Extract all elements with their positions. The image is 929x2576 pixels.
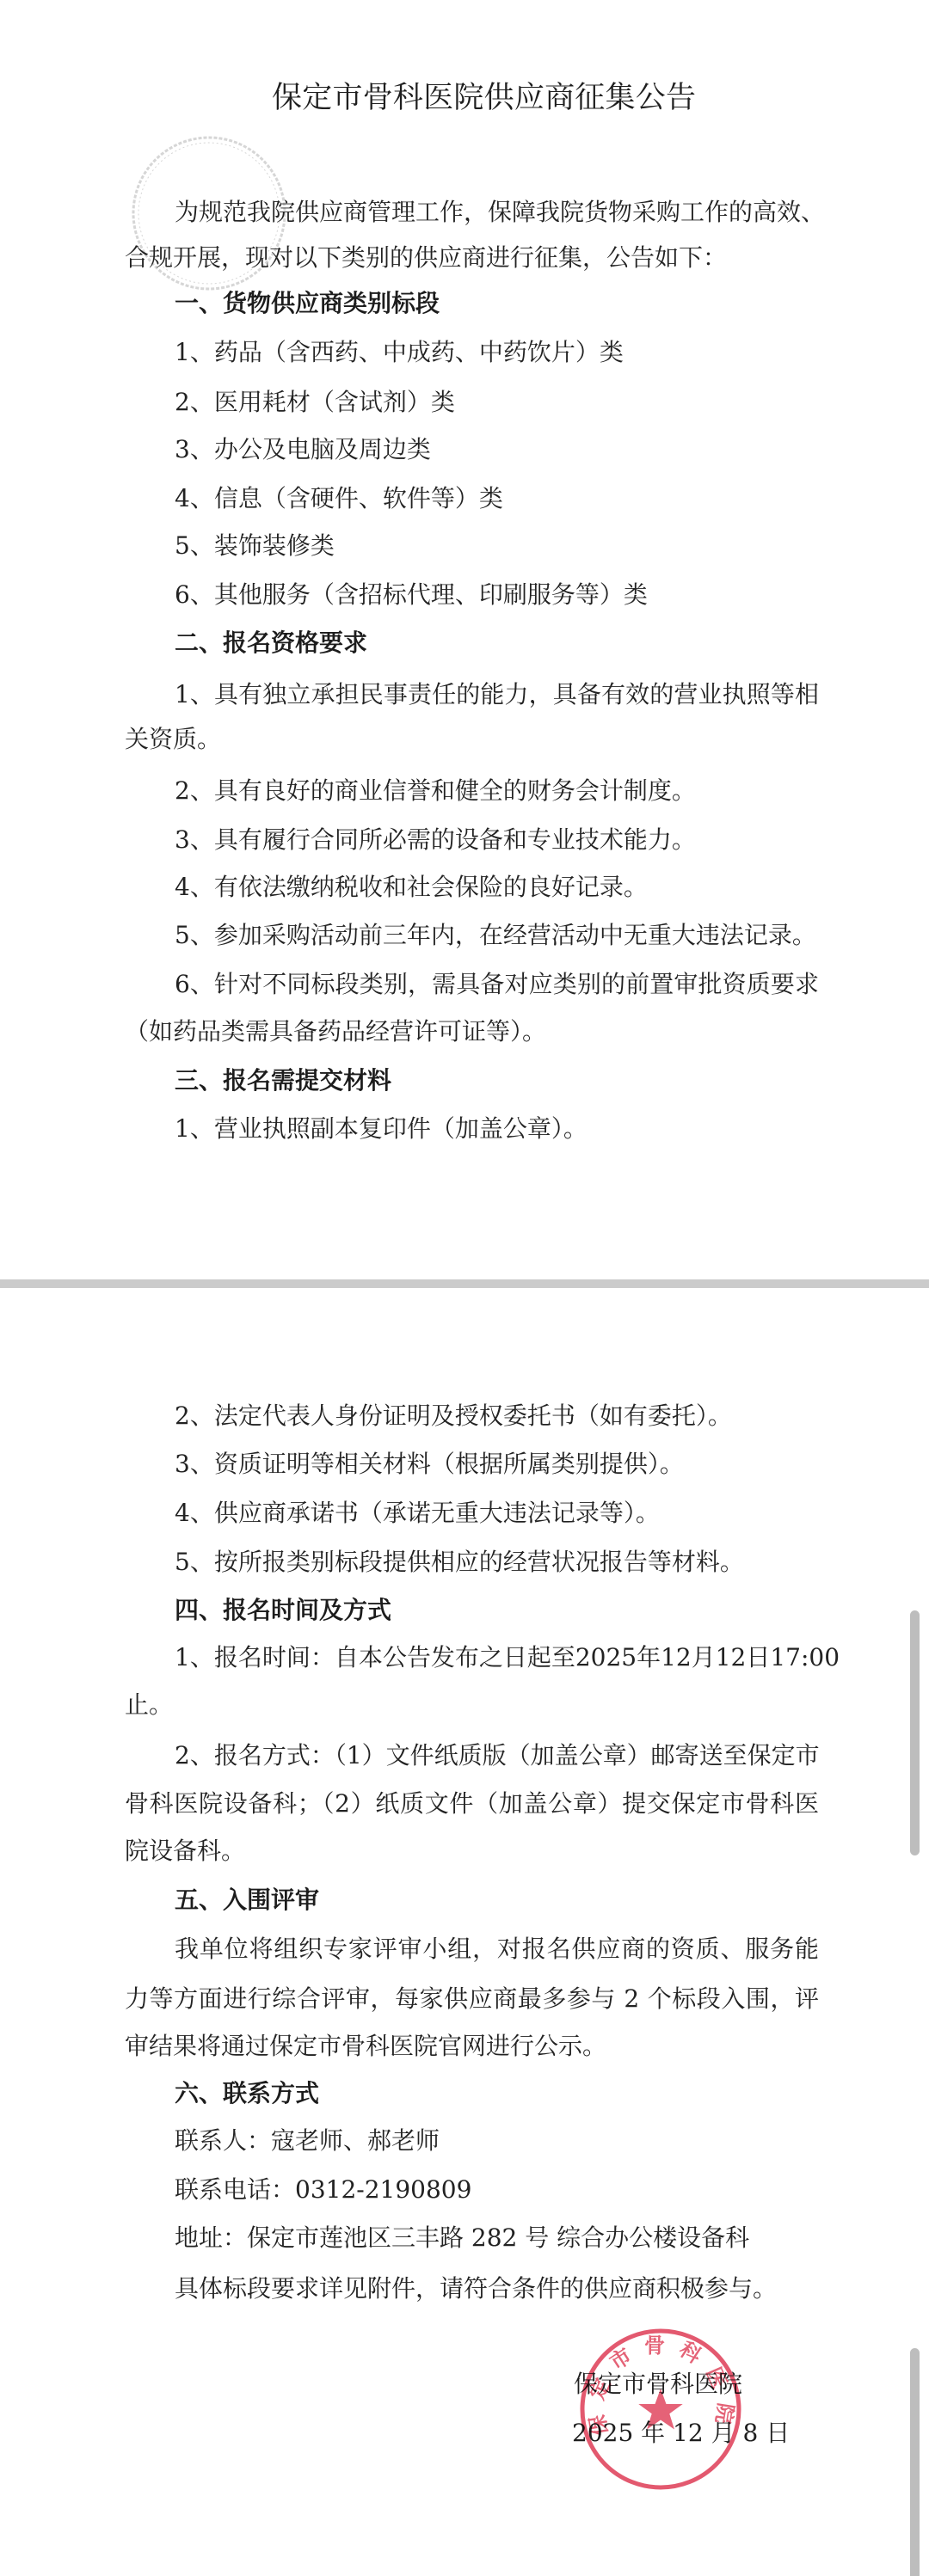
list-item: 5、按所报类别标段提供相应的经营状况报告等材料。 xyxy=(175,1538,744,1586)
section-heading-3: 三、报名需提交材料 xyxy=(175,1057,391,1105)
list-item-continuation: 关资质。 xyxy=(125,715,221,764)
list-item: 2、报名方式：（1）文件纸质版（加盖公章）邮寄送至保定市 xyxy=(175,1732,819,1780)
list-item: 3、具有履行合同所必需的设备和专业技术能力。 xyxy=(175,816,696,864)
list-item: 2、法定代表人身份证明及授权委托书（如有委托）。 xyxy=(175,1392,732,1440)
list-item: 1、报名时间：自本公告发布之日起至2025年12月12日17:00 xyxy=(175,1634,819,1682)
contact-address: 地址：保定市莲池区三丰路 282 号 综合办公楼设备科 xyxy=(175,2214,749,2262)
closing-note: 具体标段要求详见附件，请符合条件的供应商积极参与。 xyxy=(175,2265,777,2313)
section-heading-1: 一、货物供应商类别标段 xyxy=(175,279,440,328)
list-item: 6、其他服务（含招标代理、印刷服务等）类 xyxy=(175,571,648,619)
paragraph-line: 审结果将通过保定市骨科医院官网进行公示。 xyxy=(125,2022,606,2070)
list-item: 4、供应商承诺书（承诺无重大违法记录等）。 xyxy=(175,1489,660,1537)
list-item: 5、装饰装修类 xyxy=(175,522,335,570)
contact-phone: 联系电话：0312-2190809 xyxy=(175,2166,471,2214)
list-item: 6、针对不同标段类别，需具备对应类别的前置审批资质要求 xyxy=(175,960,819,1009)
list-item: 3、资质证明等相关材料（根据所属类别提供）。 xyxy=(175,1440,684,1488)
paragraph-line: 力等方面进行综合评审，每家供应商最多参与 2 个标段入围，评 xyxy=(125,1975,819,2023)
list-item: 1、营业执照副本复印件（加盖公章）。 xyxy=(175,1105,588,1153)
scrollbar-thumb[interactable] xyxy=(910,2348,920,2576)
list-item: 5、参加采购活动前三年内，在经营活动中无重大违法记录。 xyxy=(175,911,816,960)
section-heading-4: 四、报名时间及方式 xyxy=(175,1586,391,1635)
intro-line: 合规开展，现对以下类别的供应商进行征集，公告如下： xyxy=(125,234,727,282)
section-heading-5: 五、入围评审 xyxy=(175,1876,319,1924)
list-item: 4、有依法缴纳税收和社会保险的良好记录。 xyxy=(175,863,648,911)
list-item-continuation: 止。 xyxy=(125,1681,173,1729)
list-item: 3、办公及电脑及周边类 xyxy=(175,426,431,474)
list-item-continuation: 骨科医院设备科；（2）纸质文件（加盖公章）提交保定市骨科医 xyxy=(125,1780,819,1828)
list-item: 2、医用耗材（含试剂）类 xyxy=(175,378,455,426)
list-item: 1、药品（含西药、中成药、中药饮片）类 xyxy=(175,328,624,377)
paragraph-line: 我单位将组织专家评审小组，对报名供应商的资质、服务能 xyxy=(175,1925,819,1973)
list-item: 1、具有独立承担民事责任的能力，具备有效的营业执照等相 xyxy=(175,671,819,719)
intro-line: 为规范我院供应商管理工作，保障我院货物采购工作的高效、 xyxy=(175,188,819,236)
list-item-continuation: （如药品类需具备药品经营许可证等）。 xyxy=(125,1008,546,1056)
list-item-continuation: 院设备科。 xyxy=(125,1827,245,1875)
list-item: 4、信息（含硬件、软件等）类 xyxy=(175,475,503,523)
page-divider xyxy=(0,1279,929,1288)
section-heading-2: 二、报名资格要求 xyxy=(175,619,367,667)
list-item: 2、具有良好的商业信誉和健全的财务会计制度。 xyxy=(175,767,696,815)
section-heading-6: 六、联系方式 xyxy=(175,2070,319,2118)
scrollbar-thumb[interactable] xyxy=(910,1610,920,1855)
signature-organization: 保定市骨科医院 xyxy=(574,2367,742,2401)
signature-date: 2025 年 12 月 8 日 xyxy=(572,2416,790,2450)
contact-person: 联系人：寇老师、郝老师 xyxy=(175,2117,440,2165)
page-title: 保定市骨科医院供应商征集公告 xyxy=(272,76,696,120)
